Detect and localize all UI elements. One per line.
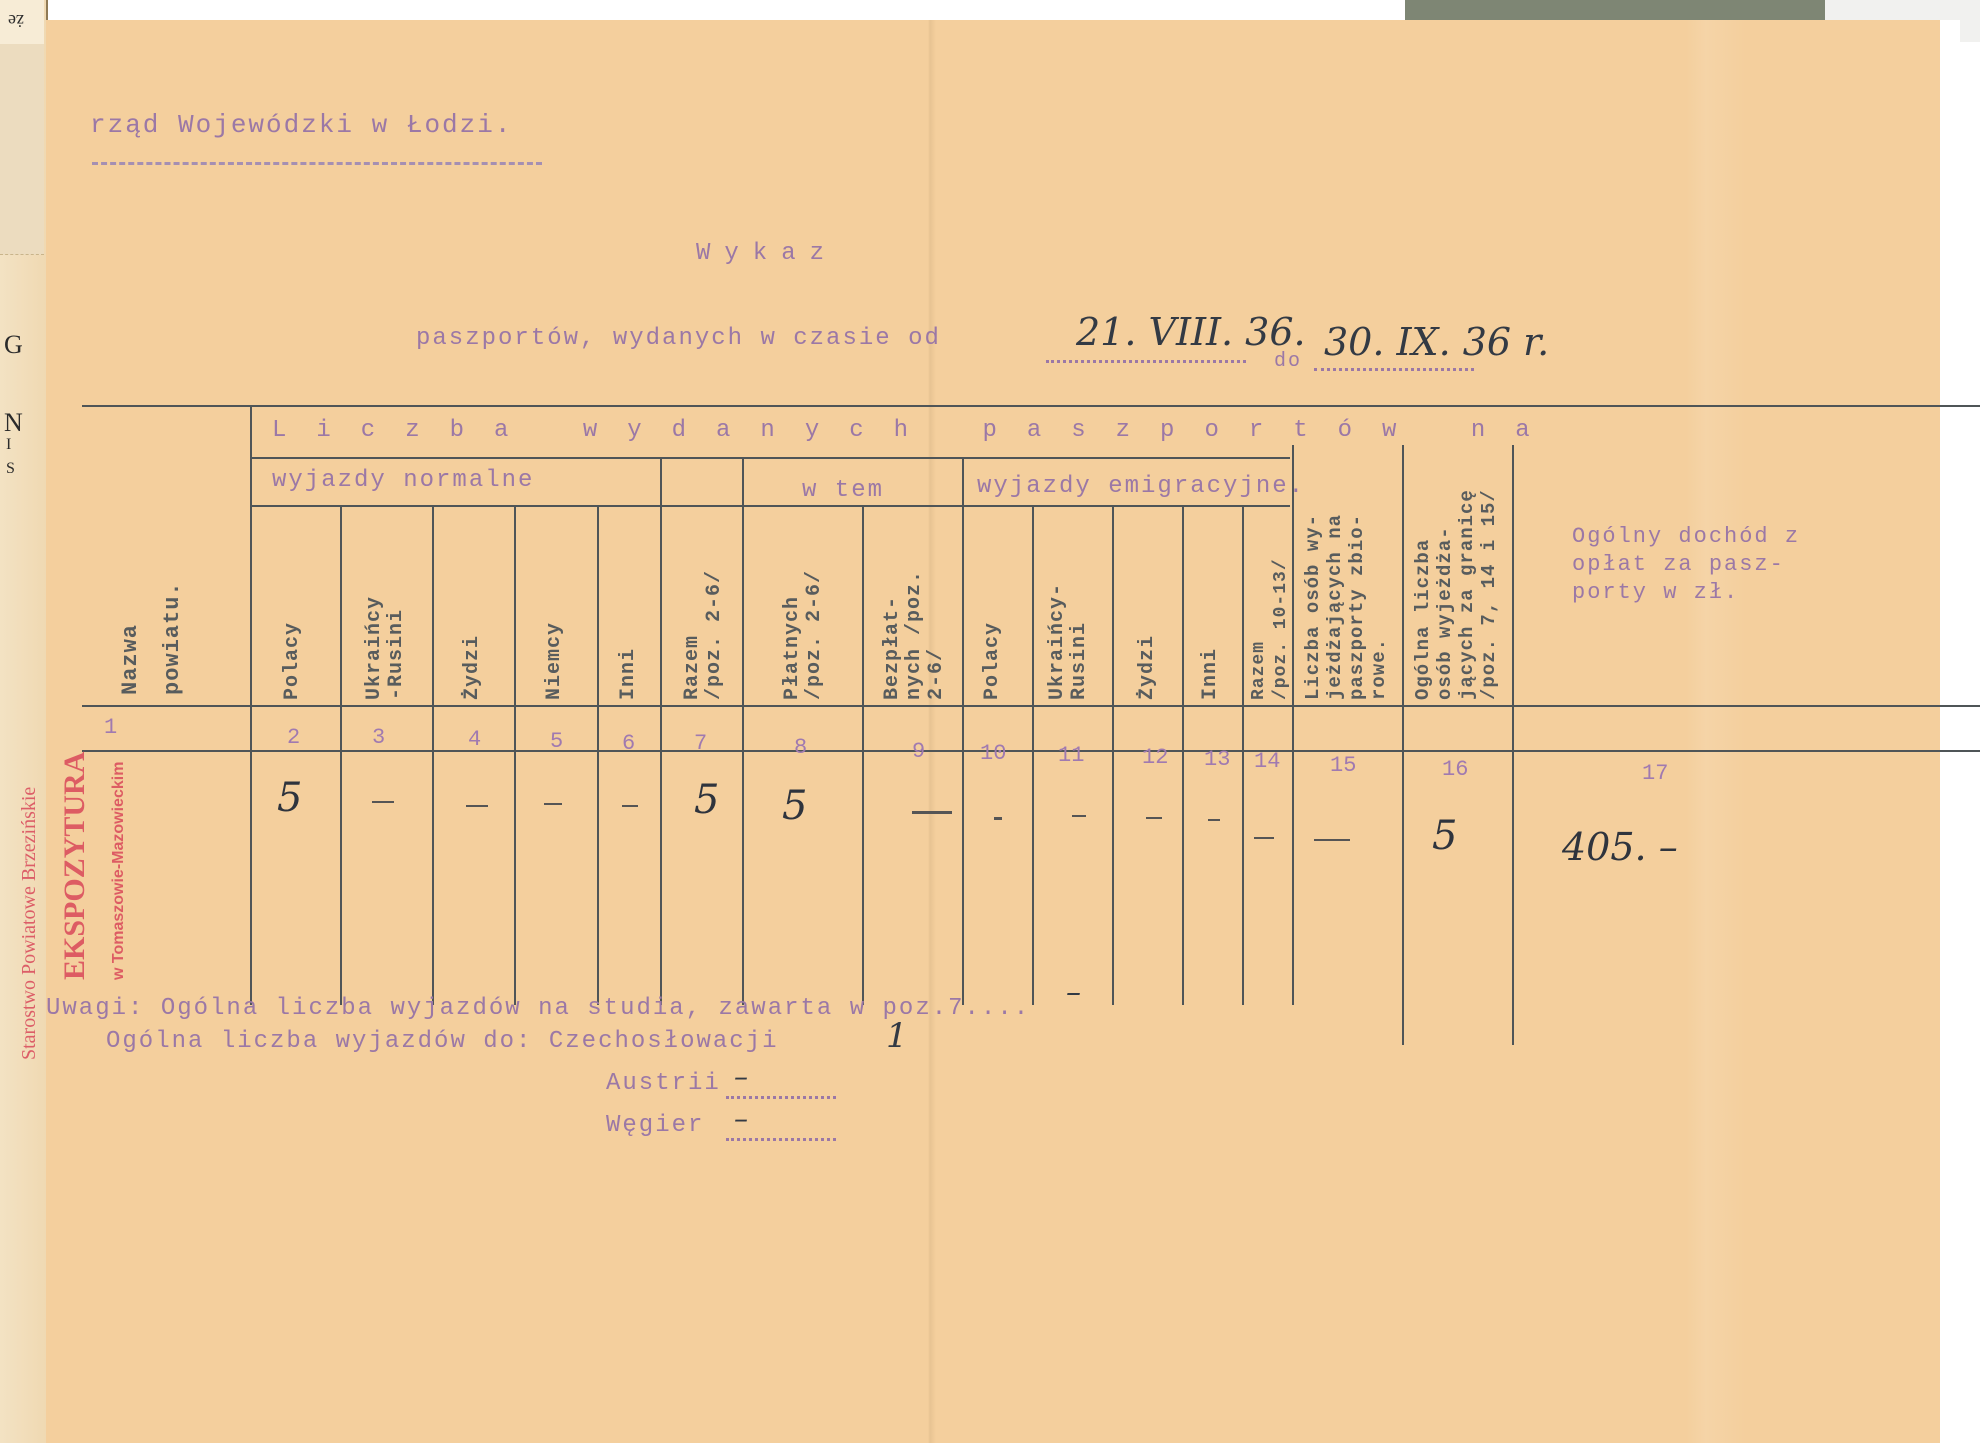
col-header-10: Polacy xyxy=(982,605,1004,700)
passport-table: Liczba wydanych paszportów na wyjazdy no… xyxy=(82,405,1980,1045)
col-divider xyxy=(660,457,662,1005)
issuing-office: rząd Wojewódzki w Łodzi. xyxy=(90,110,512,140)
cell-empty-dash xyxy=(1146,817,1162,819)
cell-empty-dash xyxy=(466,805,488,807)
date-to-dots xyxy=(1314,368,1474,371)
col-num: 13 xyxy=(1204,747,1230,772)
cell-polacy-normal: 5 xyxy=(277,775,302,821)
title-underline xyxy=(92,162,542,165)
colnum-bottom-rule xyxy=(82,750,1980,752)
cell-empty-dash xyxy=(1208,819,1220,821)
cell-total-departures: 5 xyxy=(1432,813,1457,859)
note-czechoslovakia-value: 1 xyxy=(886,1016,908,1056)
col-num: 2 xyxy=(287,725,300,750)
col-divider xyxy=(1112,505,1114,1005)
edge-letter: S xyxy=(6,460,15,478)
col-divider xyxy=(1512,445,1514,1045)
date-to-label: do xyxy=(1274,350,1302,373)
col-divider xyxy=(962,457,964,1005)
date-from: 21. VIII. 36. xyxy=(1076,310,1306,354)
date-from-dots xyxy=(1046,360,1246,363)
document-page: rząd Wojewódzki w Łodzi. Wykaz paszportó… xyxy=(46,20,1960,1443)
cell-empty-dash xyxy=(544,803,562,805)
edge-letter: I xyxy=(6,436,11,454)
col-num: 9 xyxy=(912,739,925,764)
col-divider xyxy=(862,505,864,1005)
date-to: 30. IX. 36 r. xyxy=(1324,320,1549,364)
group-normal: wyjazdy normalne xyxy=(272,467,534,494)
cell-razem-normal: 5 xyxy=(694,777,719,823)
col-divider xyxy=(1032,505,1034,1005)
col-num: 8 xyxy=(794,735,807,760)
stamp-line-2: EKSPOZYTURA xyxy=(58,660,92,980)
col-header-5: Niemcy xyxy=(544,600,566,700)
note-hungary-value: – xyxy=(734,1102,748,1135)
col-num: 7 xyxy=(694,731,707,756)
group-wtem: w tem xyxy=(802,477,884,504)
cell-empty-dash xyxy=(1254,837,1274,839)
backing-tab-top: że xyxy=(0,0,44,45)
col-num: 12 xyxy=(1142,745,1168,770)
header-rule-1 xyxy=(250,457,1290,459)
note-studies-value: – xyxy=(1066,975,1081,1010)
col-header-16: Ogólna liczba osób wyjeżdża- jących za g… xyxy=(1412,450,1500,700)
group-emigration: wyjazdy emigracyjne. xyxy=(977,473,1305,500)
col-num: 5 xyxy=(550,729,563,754)
col-header-17: Ogólny dochód z opłat za pasz- porty w z… xyxy=(1572,523,1800,607)
col-divider xyxy=(1292,445,1294,1005)
document-title: Wykaz xyxy=(696,240,838,267)
col-header-8: Płatnych /poz. 2-6/ xyxy=(782,535,826,700)
col-divider xyxy=(1242,505,1244,1005)
col-divider xyxy=(1402,445,1404,1045)
cell-empty-dash xyxy=(994,817,1002,820)
stamp-line-1: Starostwo Powiatowe Brzezińskie xyxy=(18,620,41,1060)
col-divider xyxy=(432,505,434,1005)
col-divider xyxy=(597,505,599,1005)
edge-letter: N xyxy=(4,408,23,438)
note-studies: Uwagi: Ogólna liczba wyjazdów na studia,… xyxy=(46,995,1030,1022)
stamp-line-3: w Tomaszowie-Mazowieckim xyxy=(110,680,128,980)
office-stamp: Starostwo Powiatowe Brzezińskie EKSPOZYT… xyxy=(18,620,158,1060)
col-num: 6 xyxy=(622,731,635,756)
col-num: 10 xyxy=(980,741,1006,766)
document-subtitle: paszportów, wydanych w czasie od xyxy=(416,325,941,352)
col-num: 11 xyxy=(1058,743,1084,768)
col-num: 17 xyxy=(1642,761,1668,786)
cell-empty-dash xyxy=(372,801,394,803)
col-divider xyxy=(250,405,252,1005)
note-austria-value: – xyxy=(734,1060,748,1093)
cell-total-income: 405. – xyxy=(1562,825,1678,869)
col-header-13: Inni xyxy=(1200,635,1222,700)
header-bottom-rule xyxy=(82,705,1980,707)
cell-empty-dash xyxy=(622,805,638,807)
col-num: 14 xyxy=(1254,749,1280,774)
col-num: 3 xyxy=(372,725,385,750)
note-austria-dots xyxy=(726,1096,836,1099)
col-divider xyxy=(514,505,516,1005)
col-num: 16 xyxy=(1442,757,1468,782)
col-header-12: Żydzi xyxy=(1137,620,1159,700)
col-header-14: Razem /poz. 10-13/ xyxy=(1248,535,1292,700)
cell-empty-dash xyxy=(912,811,952,814)
col-num: 4 xyxy=(468,727,481,752)
note-austria: Austrii xyxy=(606,1070,721,1097)
cell-empty-dash xyxy=(1072,815,1086,817)
col-header-15: Liczba osób wy- jeżdżających na paszport… xyxy=(1302,450,1390,700)
col-header-4: Żydzi xyxy=(462,615,484,700)
note-hungary-dots xyxy=(726,1138,836,1141)
header-main: Liczba wydanych paszportów na xyxy=(272,417,1560,444)
col-header-11: Ukraińcy- Rusini xyxy=(1047,545,1091,700)
col-header-3: Ukraińcy -Rusini xyxy=(364,530,408,700)
col-header-9: Bezpłat- nych /poz. 2-6/ xyxy=(882,535,948,700)
note-hungary: Węgier xyxy=(606,1112,704,1139)
col-divider xyxy=(1182,505,1184,1005)
edge-fragment: że xyxy=(8,10,24,31)
note-czechoslovakia: Ogólna liczba wyjazdów do: Czechosłowacj… xyxy=(106,1028,779,1055)
col-divider xyxy=(340,505,342,1005)
col-header-7: Razem /poz. 2-6/ xyxy=(682,555,726,700)
cell-empty-dash xyxy=(1314,839,1350,841)
cell-platnych: 5 xyxy=(782,783,807,829)
edge-letter: G xyxy=(4,330,23,360)
col-header-2: Polacy xyxy=(282,605,304,700)
col-num: 15 xyxy=(1330,753,1356,778)
table-top-rule xyxy=(82,405,1980,407)
header-rule-2 xyxy=(250,505,1290,507)
col-divider xyxy=(742,457,744,1005)
backing-tab-mid xyxy=(0,44,44,255)
col-header-6: Inni xyxy=(618,625,640,700)
